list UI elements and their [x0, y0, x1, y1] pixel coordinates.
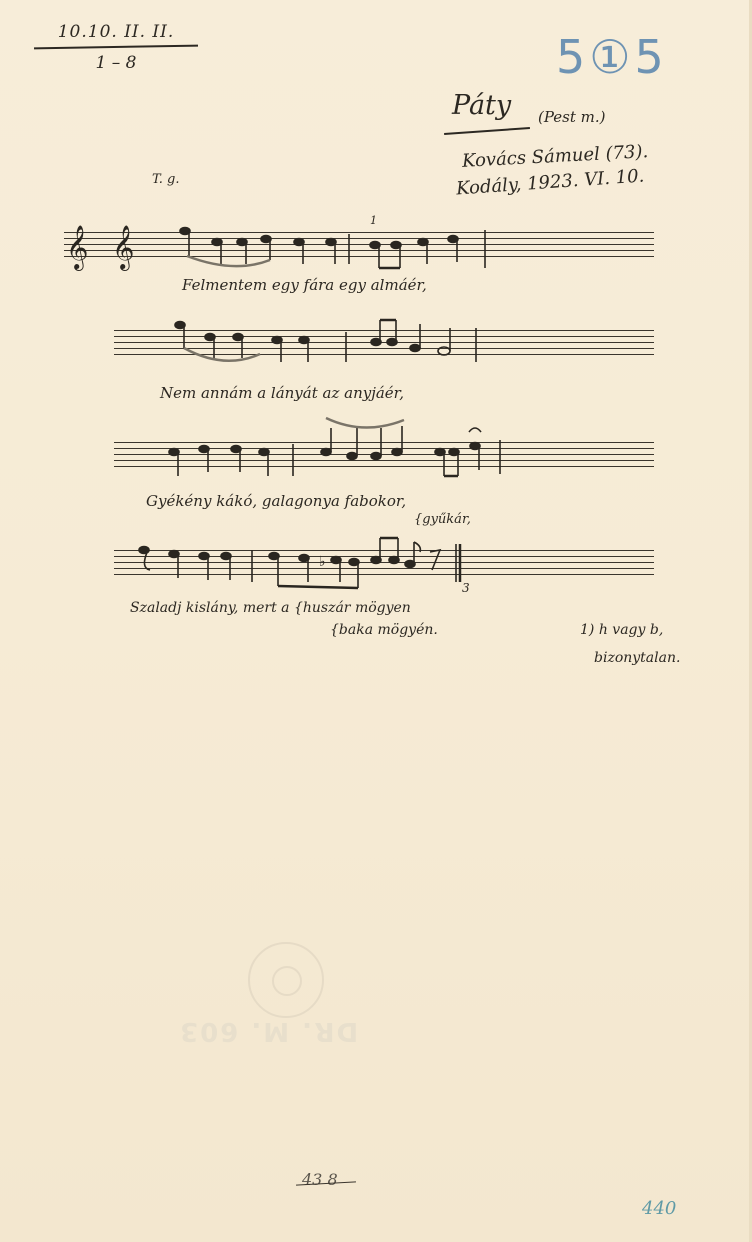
catalog-denominator: 1 – 8 [34, 53, 198, 73]
staff-4: ♭ 3 [114, 550, 654, 582]
staff-1: 𝄞 𝄞 1 [64, 232, 654, 264]
lyric-line-3: Gyékény kákó, galagonya fabokor, [146, 492, 406, 510]
tempo-marking: T. g. [152, 172, 179, 187]
catalog-numerator: 10.10. II. II. [34, 22, 198, 42]
fraction-bar [34, 45, 198, 49]
stamp-text: DR. M. 603 [178, 1016, 358, 1046]
music-notes-4: ♭ 3 [114, 530, 654, 610]
archive-stamp [248, 942, 324, 1018]
flat-icon: ♭ [319, 554, 326, 570]
end-marking: 3 [462, 581, 470, 595]
place-detail: (Pest m.) [538, 108, 606, 126]
treble-clef-icon: 𝄞 [66, 225, 88, 271]
lyric-variant-3: {gyűkár, [414, 512, 471, 527]
staff-3 [114, 442, 654, 474]
lyric-line-4: Szaladj kislány, mert a {huszár mögyen [130, 600, 411, 616]
place-underline [444, 127, 530, 134]
manuscript-page: 10.10. II. II. 1 – 8 5①5 Páty (Pest m.) … [0, 0, 752, 1242]
treble-clef-icon: 𝄞 [112, 225, 134, 271]
rest-icon [430, 550, 440, 570]
lyric-variant-4: {baka mögyén. [330, 622, 438, 638]
music-notes-2 [114, 310, 654, 380]
page-number-old: 43 8 [302, 1170, 338, 1189]
staff-2 [114, 330, 654, 362]
page-number-new: 440 [642, 1198, 676, 1219]
music-notes-3 [114, 422, 654, 492]
archive-number: 5①5 [556, 30, 668, 84]
lyric-line-2: Nem annám a lányát az anyjáér, [160, 384, 404, 402]
music-notes-1: 𝄞 𝄞 1 [64, 212, 654, 282]
footnote-marker: 1 [370, 214, 377, 227]
footnote-line-1: 1) h vagy b, [580, 622, 663, 638]
stamp-emblem-icon [272, 966, 302, 996]
place-name: Páty [452, 90, 511, 121]
lyric-line-1: Felmentem egy fára egy almáér, [182, 276, 427, 294]
catalog-fraction: 10.10. II. II. 1 – 8 [34, 22, 198, 73]
footnote-line-2: bizonytalan. [594, 650, 680, 666]
